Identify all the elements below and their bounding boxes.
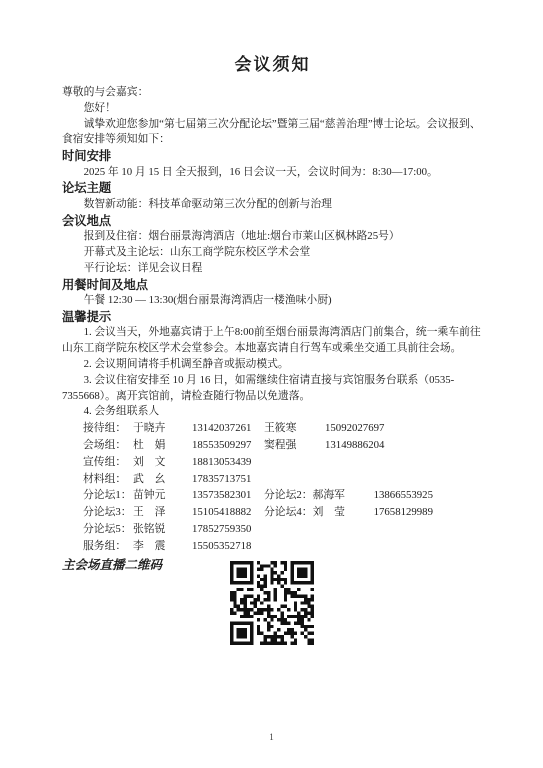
contact-row: 宣传组：刘 文18813053439 [83, 454, 483, 471]
greeting: 您好！ [62, 101, 483, 117]
contact-name: 张铭锐 [133, 521, 180, 538]
venue-line-opening: 开幕式及主论坛：山东工商学院东校区学术会堂 [62, 245, 483, 261]
intro-paragraph: 诚挚欢迎您参加“第七届第三次分配论坛”暨第三届“慈善治理”博士论坛。会议报到、食… [62, 117, 483, 149]
contact-group-label: 分论坛1： [83, 487, 133, 504]
tip-item-4: 4. 会务组联系人 [62, 404, 483, 420]
contact-list: 接待组：于晓卉13142037261 王筱寒15092027697 会场组：杜 … [83, 420, 483, 554]
contact-name: 郝海军 [313, 487, 360, 504]
contact-phone: 13142037261 [192, 420, 251, 437]
tips-list: 1. 会议当天，外地嘉宾请于上午8:00前至烟台丽景海湾酒店门前集合，统一乘车前… [62, 325, 483, 420]
tip-item-1: 1. 会议当天，外地嘉宾请于上午8:00前至烟台丽景海湾酒店门前集合，统一乘车前… [62, 325, 483, 357]
contact-name: 刘 文 [133, 454, 180, 471]
contact-name: 窦程强 [264, 437, 311, 454]
contact-row: 服务组：李 震15505352718 [83, 538, 483, 555]
theme-body: 数智新动能：科技革命驱动第三次分配的创新与治理 [62, 197, 483, 213]
contact-phone: 18813053439 [192, 454, 251, 471]
contact-group-label: 分论坛2： [264, 487, 313, 504]
contact-phone: 13866553925 [374, 487, 433, 504]
contact-phone: 15505352718 [192, 538, 251, 555]
tip-item-2: 2. 会议期间请将手机调至静音或振动模式。 [62, 357, 483, 373]
contact-group-label: 接待组： [83, 420, 133, 437]
section-heading-venue: 会议地点 [62, 213, 483, 230]
contact-group-label: 分论坛3： [83, 504, 133, 521]
venue-line-parallel: 平行论坛：详见会议日程 [62, 261, 483, 277]
contact-name: 王筱寒 [264, 420, 311, 437]
contact-row: 分论坛5：张铭锐17852759350 [83, 521, 483, 538]
contact-row: 分论坛3：王 泽15105418882 分论坛4：刘 莹17658129989 [83, 504, 483, 521]
contact-group-label: 会场组： [83, 437, 133, 454]
qr-section: 主会场直播二维码 [62, 557, 483, 645]
contact-name: 于晓卉 [133, 420, 180, 437]
salutation: 尊敬的与会嘉宾： [62, 85, 483, 101]
contact-group-label: 分论坛5： [83, 521, 133, 538]
contact-row: 会场组：杜 娟18553509297 窦程强13149886204 [83, 437, 483, 454]
contact-phone: 13149886204 [325, 437, 384, 454]
venue-line-checkin: 报到及住宿：烟台丽景海湾酒店（地址:烟台市莱山区枫林路25号） [62, 229, 483, 245]
dining-body: 午餐 12:30 — 13:30(烟台丽景海湾酒店一楼渔味小厨) [62, 293, 483, 309]
contact-phone: 17852759350 [192, 521, 251, 538]
section-heading-tips: 温馨提示 [62, 309, 483, 326]
contact-name: 苗钟元 [133, 487, 180, 504]
section-heading-time: 时间安排 [62, 148, 483, 165]
contact-phone: 18553509297 [192, 437, 251, 454]
contact-phone: 17658129989 [374, 504, 433, 521]
contact-name: 王 泽 [133, 504, 180, 521]
time-body: 2025 年 10 月 15 日 全天报到，16 日会议一天，会议时间为：8:3… [62, 165, 483, 181]
contact-group-label: 宣传组： [83, 454, 133, 471]
tip-item-3: 3. 会议住宿安排至 10 月 16 日，如需继续住宿请直接与宾馆服务台联系（0… [62, 373, 483, 405]
qr-heading: 主会场直播二维码 [62, 557, 162, 574]
contact-name: 武 幺 [133, 471, 180, 488]
contact-group-label: 材料组： [83, 471, 133, 488]
contact-phone: 17835713751 [192, 471, 251, 488]
contact-group-label: 分论坛4： [264, 504, 313, 521]
contact-row: 材料组：武 幺17835713751 [83, 471, 483, 488]
contact-name: 杜 娟 [133, 437, 180, 454]
contact-phone: 15092027697 [325, 420, 384, 437]
contact-phone: 15105418882 [192, 504, 251, 521]
section-heading-theme: 论坛主题 [62, 180, 483, 197]
contact-name: 李 震 [133, 538, 180, 555]
contact-phone: 13573582301 [192, 487, 251, 504]
document-page: 会议须知 尊敬的与会嘉宾： 您好！ 诚挚欢迎您参加“第七届第三次分配论坛”暨第三… [0, 0, 543, 768]
qr-code-image [228, 561, 316, 645]
section-heading-dining: 用餐时间及地点 [62, 277, 483, 294]
page-number: 1 [0, 730, 543, 746]
contact-row: 分论坛1：苗钟元13573582301 分论坛2：郝海军13866553925 [83, 487, 483, 504]
contact-name: 刘 莹 [313, 504, 360, 521]
contact-group-label: 服务组： [83, 538, 133, 555]
page-title: 会议须知 [62, 55, 483, 75]
contact-row: 接待组：于晓卉13142037261 王筱寒15092027697 [83, 420, 483, 437]
